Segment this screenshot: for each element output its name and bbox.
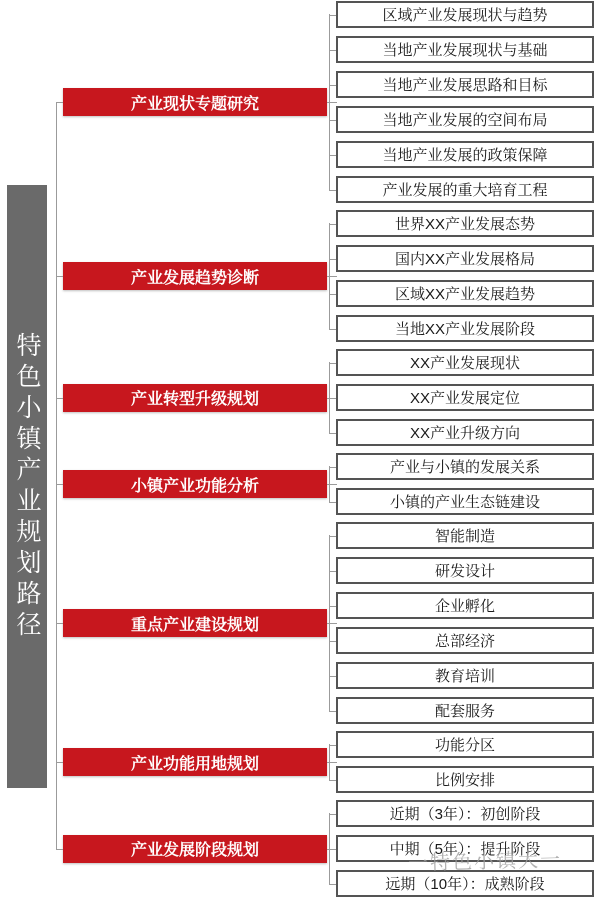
leaf-node: 总部经济 <box>336 627 594 654</box>
leaf-node: 教育培训 <box>336 662 594 689</box>
branch-label: 重点产业建设规划 <box>63 609 327 637</box>
group-development-trend-diagnosis: 产业发展趋势诊断 世界XX产业发展态势 国内XX产业发展格局 区域XX产业发展趋… <box>63 210 594 342</box>
leaf-column: 区域产业发展现状与趋势 当地产业发展现状与基础 当地产业发展思路和目标 当地产业… <box>336 1 594 203</box>
leaf-column: 功能分区 比例安排 <box>336 731 594 793</box>
leaf-node: 研发设计 <box>336 557 594 584</box>
diagram-canvas: 特色小镇产业规划路径 产业现状专题研究 区域产业发展现状与趋势 当地产业发展现状… <box>0 0 600 897</box>
leaf-node: 产业与小镇的发展关系 <box>336 453 594 480</box>
group-key-industry-construction-plan: 重点产业建设规划 智能制造 研发设计 企业孵化 总部经济 教育培训 配套服务 <box>63 522 594 724</box>
leaf-node: 企业孵化 <box>336 592 594 619</box>
branch-label: 产业转型升级规划 <box>63 384 327 412</box>
leaf-node: 小镇的产业生态链建设 <box>336 488 594 515</box>
group-town-industry-function-analysis: 小镇产业功能分析 产业与小镇的发展关系 小镇的产业生态链建设 <box>63 453 594 515</box>
branch-label: 产业功能用地规划 <box>63 748 327 776</box>
leaf-node: XX产业发展现状 <box>336 349 594 376</box>
leaf-column: 产业与小镇的发展关系 小镇的产业生态链建设 <box>336 453 594 515</box>
branch-label: 小镇产业功能分析 <box>63 470 327 498</box>
leaf-node: 智能制造 <box>336 522 594 549</box>
branch-label: 产业发展趋势诊断 <box>63 262 327 290</box>
leaf-node: 区域XX产业发展趋势 <box>336 280 594 307</box>
root-title: 特色小镇产业规划路径 <box>7 332 47 642</box>
branch-label: 产业发展阶段规划 <box>63 835 327 863</box>
leaf-column: XX产业发展现状 XX产业发展定位 XX产业升级方向 <box>336 349 594 446</box>
leaf-node: 比例安排 <box>336 766 594 793</box>
trunk-connector-line <box>56 102 57 849</box>
leaf-node: 区域产业发展现状与趋势 <box>336 1 594 28</box>
leaf-node: 功能分区 <box>336 731 594 758</box>
leaf-node: 世界XX产业发展态势 <box>336 210 594 237</box>
leaf-node: 产业发展的重大培育工程 <box>336 176 594 203</box>
leaf-node: 当地产业发展现状与基础 <box>336 36 594 63</box>
tree: 产业现状专题研究 区域产业发展现状与趋势 当地产业发展现状与基础 当地产业发展思… <box>63 1 594 897</box>
leaf-node: 国内XX产业发展格局 <box>336 245 594 272</box>
group-function-land-use-plan: 产业功能用地规划 功能分区 比例安排 <box>63 731 594 793</box>
leaf-node: XX产业升级方向 <box>336 419 594 446</box>
leaf-column: 智能制造 研发设计 企业孵化 总部经济 教育培训 配套服务 <box>336 522 594 724</box>
leaf-node: 近期（3年）：初创阶段 <box>336 800 594 827</box>
group-industry-status-research: 产业现状专题研究 区域产业发展现状与趋势 当地产业发展现状与基础 当地产业发展思… <box>63 1 594 203</box>
group-transformation-upgrade-plan: 产业转型升级规划 XX产业发展现状 XX产业发展定位 XX产业升级方向 <box>63 349 594 446</box>
leaf-node: 配套服务 <box>336 697 594 724</box>
watermark-text: 一特色小镇大一 <box>408 843 563 876</box>
leaf-node: XX产业发展定位 <box>336 384 594 411</box>
leaf-node: 当地XX产业发展阶段 <box>336 315 594 342</box>
branch-label: 产业现状专题研究 <box>63 88 327 116</box>
leaf-node: 当地产业发展思路和目标 <box>336 71 594 98</box>
leaf-node: 当地产业发展的空间布局 <box>336 106 594 133</box>
leaf-node: 当地产业发展的政策保障 <box>336 141 594 168</box>
leaf-column: 世界XX产业发展态势 国内XX产业发展格局 区域XX产业发展趋势 当地XX产业发… <box>336 210 594 342</box>
root-node-bar: 特色小镇产业规划路径 <box>7 185 47 788</box>
